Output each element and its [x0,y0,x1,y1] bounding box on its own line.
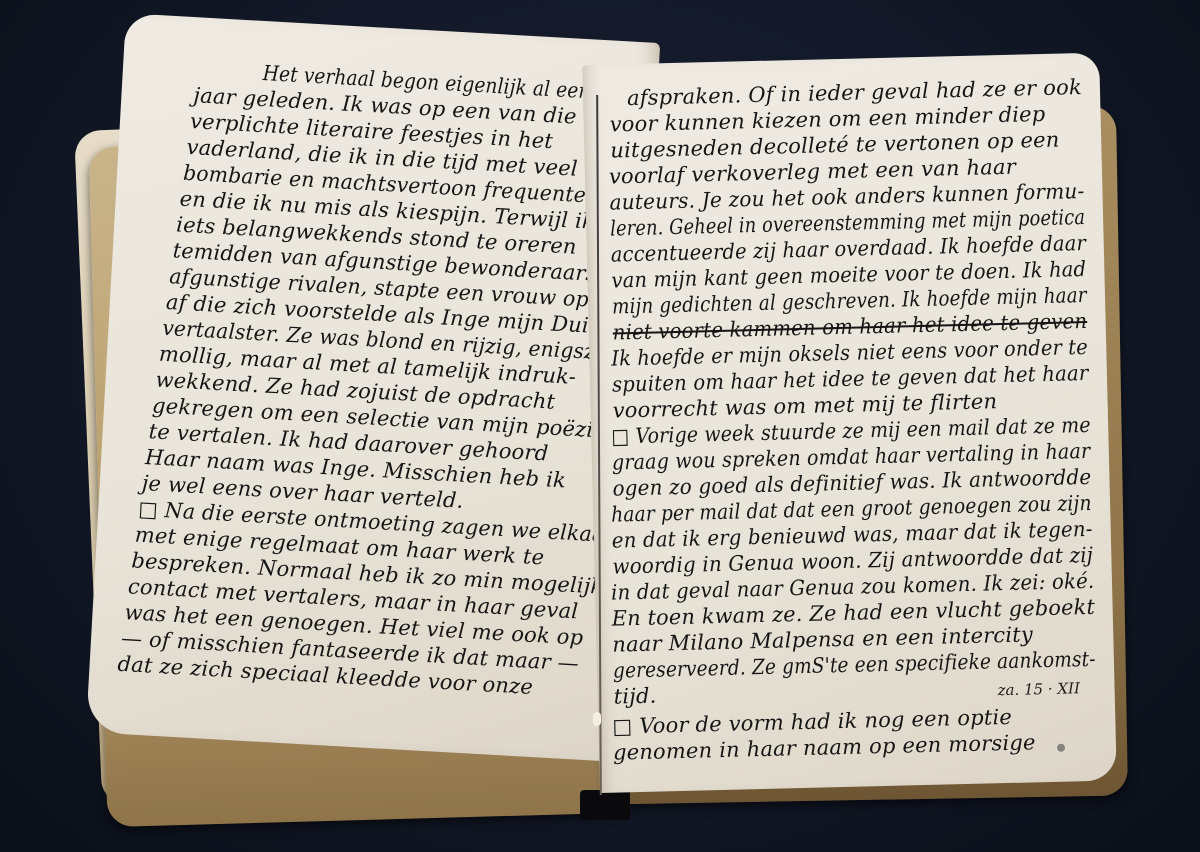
handwritten-line: tijd. [613,684,656,709]
date-note: za. 15 · XII [997,679,1080,699]
notebook-photo: Het verhaal begon eigenlijk al een paar … [0,0,1200,852]
right-page: afspraken. Of in ieder geval had ze er o… [582,53,1117,793]
binding-thread [593,712,601,726]
left-page-text: Het verhaal begon eigenlijk al een paar … [86,13,660,762]
ink-smudge [1057,744,1065,752]
left-page: Het verhaal begon eigenlijk al een paar … [86,13,660,762]
right-page-text: afspraken. Of in ieder geval had ze er o… [582,53,1117,793]
notebook-spine [580,790,630,820]
